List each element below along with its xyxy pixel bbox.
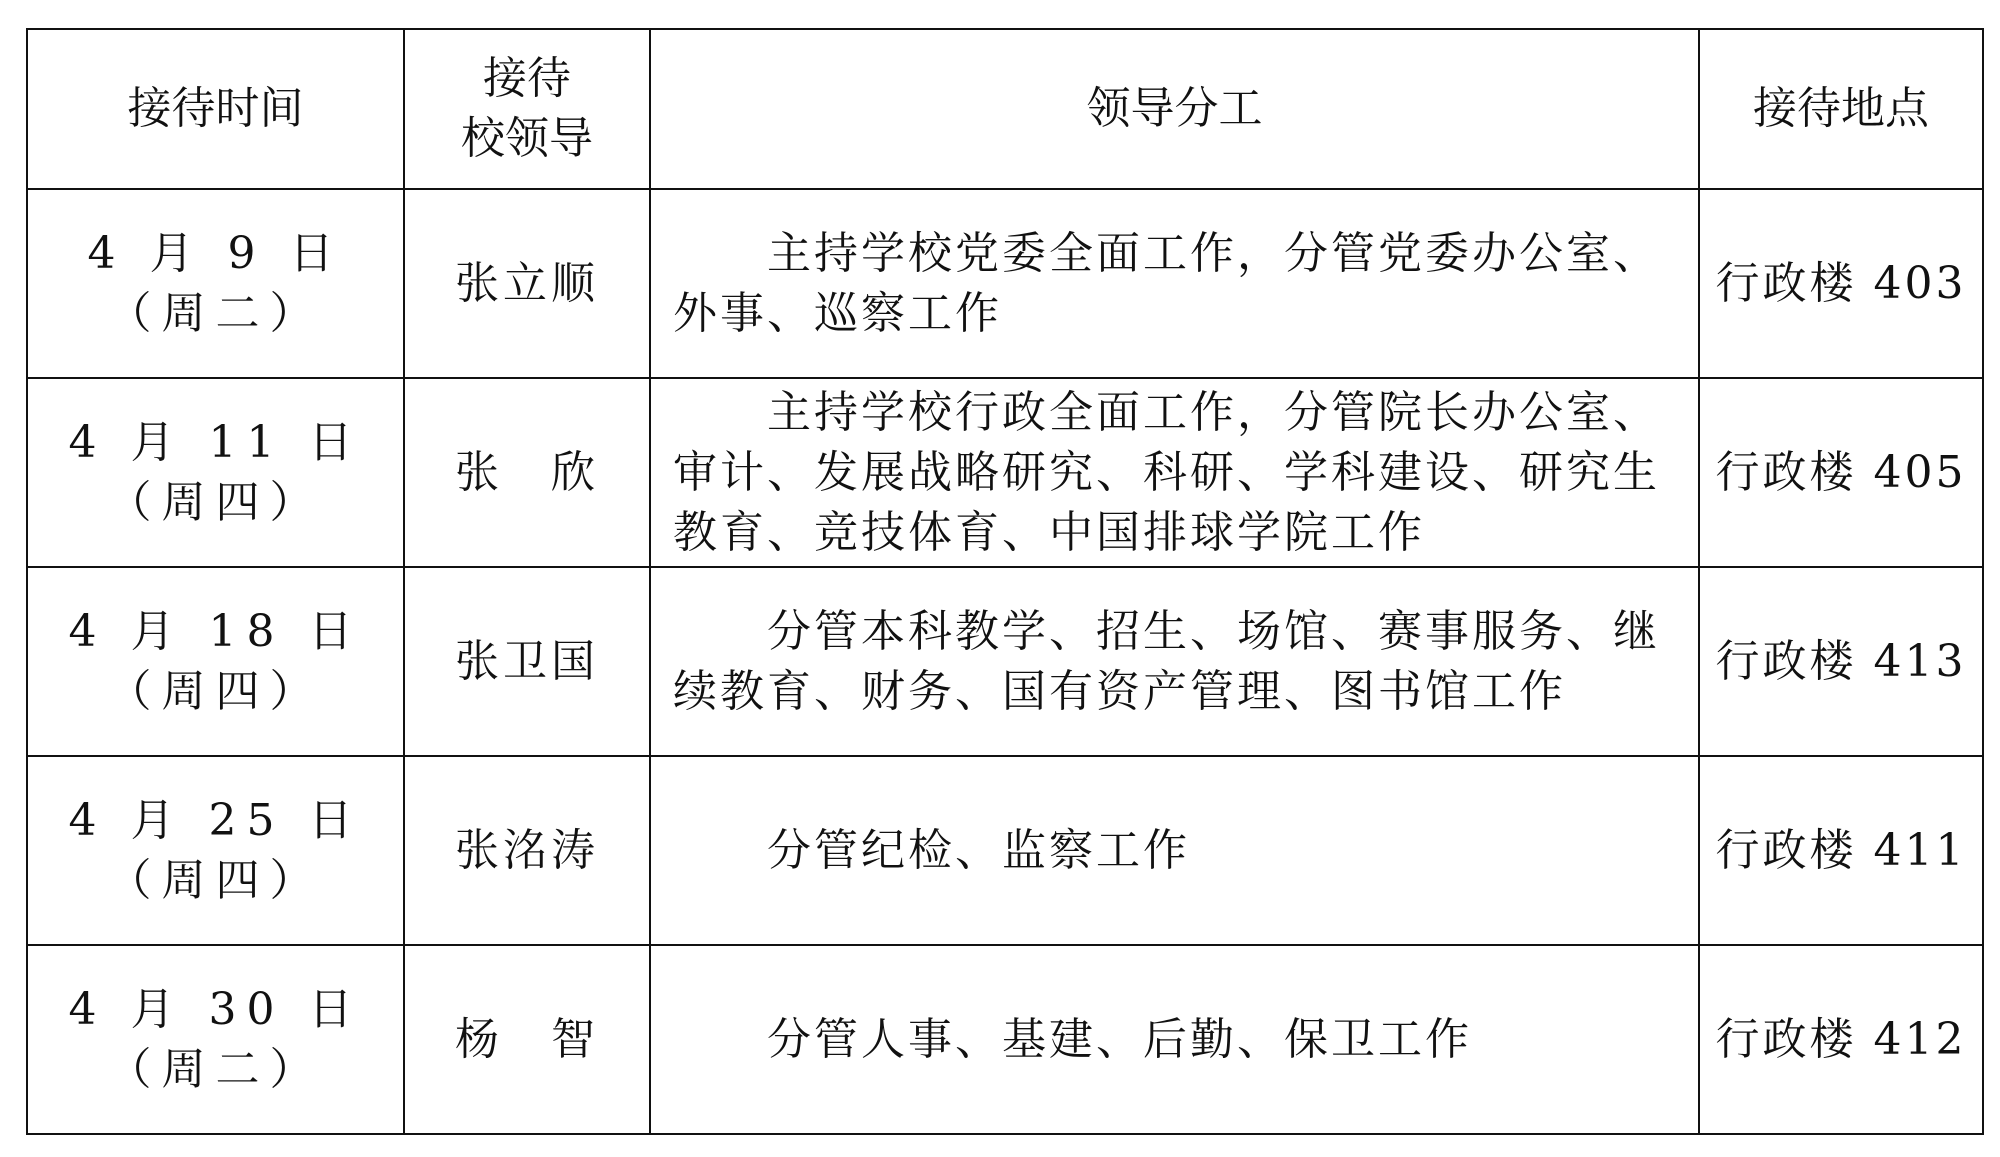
location-cell: 行政楼 413 [1699,567,1983,756]
date-cell: 4 月 30 日（周二） [27,945,404,1134]
duty-cell: 分管本科教学、招生、场馆、赛事服务、继续教育、财务、国有资产管理、图书馆工作 [650,567,1699,756]
leader-cell: 张洺涛 [404,756,650,945]
weekday: （周四） [28,662,403,722]
table-row: 4 月 18 日（周四） 张卫国 分管本科教学、招生、场馆、赛事服务、继续教育、… [27,567,1983,756]
date-cell: 4 月 18 日（周四） [27,567,404,756]
date: 4 月 9 日 [28,224,403,284]
location-cell: 行政楼 403 [1699,189,1983,378]
header-leader-line2: 校领导 [405,109,649,169]
reception-schedule-table: 接待时间 接待 校领导 领导分工 接待地点 4 月 9 日（周二） 张立顺 主持… [26,28,1984,1135]
leader-cell: 杨 智 [404,945,650,1134]
table-row: 4 月 9 日（周二） 张立顺 主持学校党委全面工作，分管党委办公室、外事、巡察… [27,189,1983,378]
date-cell: 4 月 25 日（周四） [27,756,404,945]
duty-cell: 分管纪检、监察工作 [650,756,1699,945]
table-header-row: 接待时间 接待 校领导 领导分工 接待地点 [27,29,1983,189]
date-cell: 4 月 11 日（周四） [27,378,404,567]
date: 4 月 11 日 [28,413,403,473]
header-duty: 领导分工 [650,29,1699,189]
date: 4 月 30 日 [28,980,403,1040]
weekday: （周二） [28,284,403,344]
header-location: 接待地点 [1699,29,1983,189]
table-row: 4 月 11 日（周四） 张 欣 主持学校行政全面工作，分管院长办公室、审计、发… [27,378,1983,567]
weekday: （周二） [28,1040,403,1100]
location-cell: 行政楼 412 [1699,945,1983,1134]
location-cell: 行政楼 405 [1699,378,1983,567]
weekday: （周四） [28,473,403,533]
leader-cell: 张 欣 [404,378,650,567]
date-cell: 4 月 9 日（周二） [27,189,404,378]
header-leader: 接待 校领导 [404,29,650,189]
weekday: （周四） [28,851,403,911]
header-leader-line1: 接待 [405,49,649,109]
date: 4 月 18 日 [28,602,403,662]
leader-cell: 张立顺 [404,189,650,378]
header-time: 接待时间 [27,29,404,189]
date: 4 月 25 日 [28,791,403,851]
duty-cell: 分管人事、基建、后勤、保卫工作 [650,945,1699,1134]
table-row: 4 月 30 日（周二） 杨 智 分管人事、基建、后勤、保卫工作 行政楼 412 [27,945,1983,1134]
duty-cell: 主持学校行政全面工作，分管院长办公室、审计、发展战略研究、科研、学科建设、研究生… [650,378,1699,567]
duty-cell: 主持学校党委全面工作，分管党委办公室、外事、巡察工作 [650,189,1699,378]
table-row: 4 月 25 日（周四） 张洺涛 分管纪检、监察工作 行政楼 411 [27,756,1983,945]
leader-cell: 张卫国 [404,567,650,756]
location-cell: 行政楼 411 [1699,756,1983,945]
